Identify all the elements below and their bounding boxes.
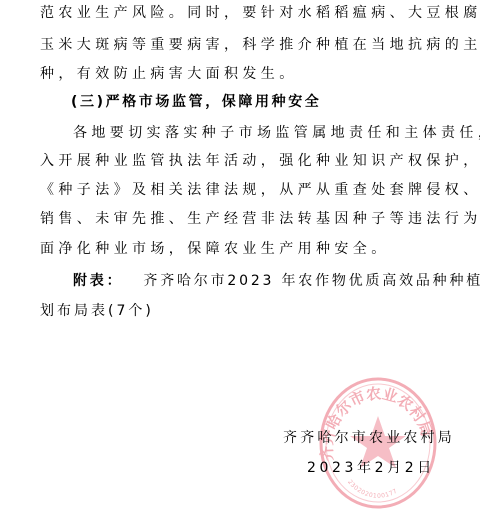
paragraph2-line3: 《种子法》及相关法律法规，从严从重查处套牌侵权、越区 (40, 181, 480, 199)
paragraph2-line5: 面净化种业市场，保障农业生产用种安全。 (40, 240, 390, 258)
paragraph1-line2: 玉米大斑病等重要病害，科学推介种植在当地抗病的主栽品 (40, 36, 480, 54)
paragraph2-line2: 入开展种业监管执法年活动，强化种业知识产权保护，依据 (40, 152, 480, 170)
section-heading: (三)严格市场监管，保障用种安全 (71, 93, 321, 111)
attachment-line1: 附表：齐齐哈尔市2023 年农作物优质高效品种种植区 (73, 272, 480, 290)
seal-serial-number: 2302020100177 (346, 479, 399, 500)
paragraph1-line1: 范农业生产风险。同时，要针对水稻稻瘟病、大豆根腐病、 (40, 4, 480, 22)
attachment-title: 齐齐哈尔市2023 年农作物优质高效品种种植区 (143, 273, 480, 289)
signature-organization: 齐齐哈尔市农业农村局 (283, 429, 455, 447)
signature-date: 2023年2月2日 (307, 459, 435, 477)
paragraph1-line3: 种，有效防止病害大面积发生。 (40, 65, 298, 83)
paragraph2-line1: 各地要切实落实种子市场监管属地责任和主体责任，深 (73, 124, 480, 142)
svg-text:2302020100177: 2302020100177 (346, 479, 399, 500)
paragraph2-line4: 销售、未审先推、生产经营非法转基因种子等违法行为，全 (40, 210, 480, 228)
attachment-label: 附表： (73, 273, 123, 289)
attachment-line2: 划布局表(7个) (40, 302, 154, 320)
